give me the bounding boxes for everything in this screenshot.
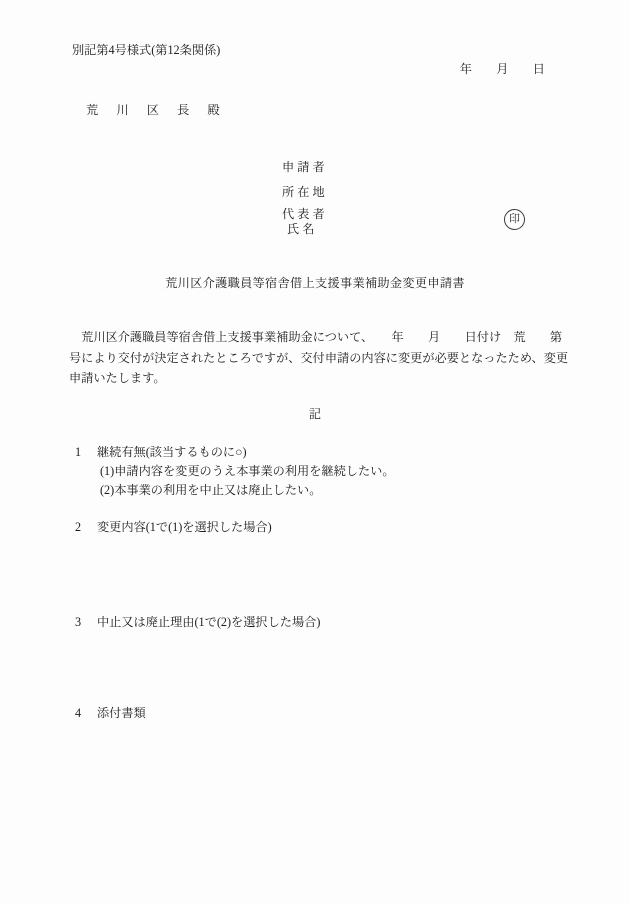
- record-marker: 記: [0, 408, 630, 420]
- application-form-page: 別記第4号様式(第12条関係) 年 月 日 荒 川 区 長 殿 申 請 者 所 …: [0, 0, 630, 903]
- list-item-3-label: 中止又は廃止理由(1で(2)を選択した場合): [97, 615, 320, 629]
- body-paragraph-line-2: 号により交付が決定されたところですが、交付申請の内容に変更が必要となったため、変…: [69, 352, 568, 364]
- list-item-4-number: 4: [75, 707, 97, 719]
- list-item-4: 4添付書類: [75, 707, 146, 719]
- list-item-2-label: 変更内容(1で(1)を選択した場合): [97, 520, 272, 534]
- list-item-1-number: 1: [75, 446, 97, 458]
- form-number: 別記第4号様式(第12条関係): [72, 44, 220, 56]
- applicant-label: 申 請 者: [282, 161, 325, 173]
- document-title: 荒川区介護職員等宿舎借上支援事業補助金変更申請書: [0, 277, 630, 289]
- date-line: 年 月 日: [460, 63, 545, 75]
- list-item-3: 3中止又は廃止理由(1で(2)を選択した場合): [75, 616, 320, 628]
- address-label: 所 在 地: [282, 186, 325, 198]
- seal-mark: 印: [504, 209, 525, 230]
- name-label: 氏 名: [287, 223, 314, 235]
- seal-mark-character: 印: [509, 214, 520, 225]
- list-item-2-number: 2: [75, 521, 97, 533]
- representative-label: 代 表 者: [282, 208, 325, 220]
- list-item-1-subitem-2: (2)本事業の利用を中止又は廃止したい。: [100, 484, 321, 496]
- list-item-1: 1継続有無(該当するものに○): [75, 446, 247, 458]
- body-paragraph-line-3: 申請いたします。: [69, 372, 166, 384]
- list-item-1-subitem-1: (1)申請内容を変更のうえ本事業の利用を継続したい。: [100, 465, 395, 477]
- addressee-line: 荒 川 区 長 殿: [86, 104, 223, 116]
- body-paragraph-line-1: 荒川区介護職員等宿舎借上支援事業補助金について、 年 月 日付け 荒 第: [69, 331, 562, 343]
- list-item-1-label: 継続有無(該当するものに○): [97, 445, 247, 459]
- list-item-3-number: 3: [75, 616, 97, 628]
- list-item-4-label: 添付書類: [97, 706, 146, 720]
- list-item-2: 2変更内容(1で(1)を選択した場合): [75, 521, 272, 533]
